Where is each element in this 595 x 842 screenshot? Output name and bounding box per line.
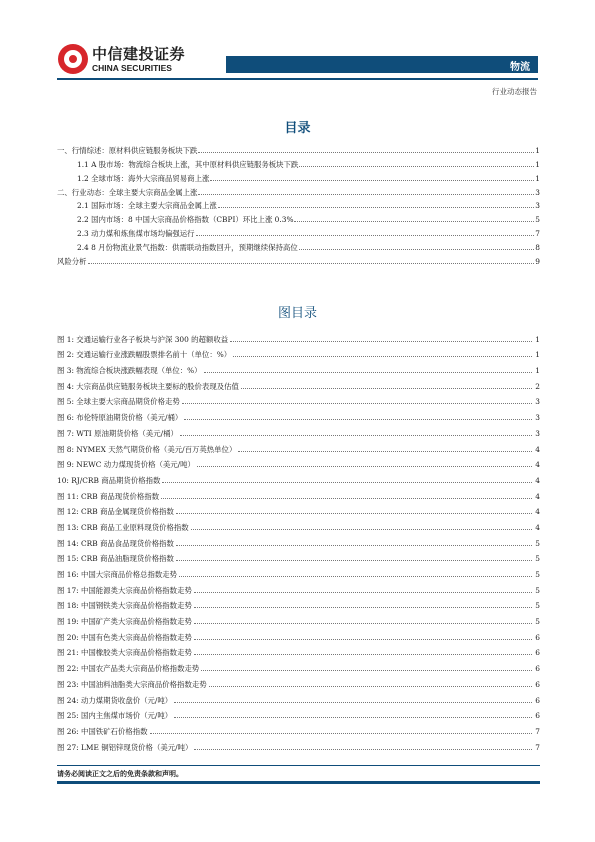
toc-entry[interactable]: 2.3 动力煤和炼焦煤市场均偏强运行7 bbox=[57, 224, 540, 238]
toc-entry-page: 1 bbox=[535, 160, 540, 169]
figure-entry-label: 图 27: LME 铜铝锌现货价格（美元/吨） bbox=[57, 743, 192, 752]
dot-leader bbox=[230, 341, 532, 342]
figure-entry-page: 4 bbox=[535, 445, 540, 454]
figure-entry-page: 1 bbox=[535, 335, 540, 344]
figure-entry-label: 图 12: CRB 商品金属现货价格指数 bbox=[57, 507, 174, 516]
figure-entry[interactable]: 图 9: NEWC 动力煤现货价格（美元/吨）4 bbox=[57, 454, 540, 470]
dot-leader bbox=[299, 166, 534, 167]
figure-entry[interactable]: 图 25: 国内主焦煤市场价（元/吨）6 bbox=[57, 705, 540, 721]
dot-leader bbox=[176, 560, 532, 561]
figure-entry-label: 图 25: 国内主焦煤市场价（元/吨） bbox=[57, 711, 172, 720]
figure-entry-label: 图 15: CRB 商品油脂现货价格指数 bbox=[57, 554, 174, 563]
dot-leader bbox=[299, 249, 534, 250]
figure-entry-label: 图 16: 中国大宗商品价格总指数走势 bbox=[57, 570, 177, 579]
dot-leader bbox=[161, 498, 532, 499]
dot-leader bbox=[194, 607, 532, 608]
figure-entry-label: 图 18: 中国钢铁类大宗商品价格指数走势 bbox=[57, 601, 192, 610]
toc-entry-label: 二、行业动态：全球主要大宗商品金属上涨 bbox=[57, 188, 197, 197]
dot-leader bbox=[176, 545, 532, 546]
figure-entry[interactable]: 图 3: 物流综合板块涨跌幅表现（单位：%）1 bbox=[57, 359, 540, 375]
industry-label: 物流 bbox=[510, 58, 530, 73]
figure-entry[interactable]: 图 19: 中国矿产类大宗商品价格指数走势5 bbox=[57, 610, 540, 626]
figure-entry-label: 图 6: 布伦特原油期货价格（美元/桶） bbox=[57, 413, 182, 422]
figure-entry-label: 图 14: CRB 商品食品现货价格指数 bbox=[57, 539, 174, 548]
toc-entry-page: 5 bbox=[535, 215, 540, 224]
figure-entry-page: 5 bbox=[535, 586, 540, 595]
figure-entry-page: 6 bbox=[535, 696, 540, 705]
figure-entry-label: 图 8: NYMEX 天然气期货价格（美元/百万英热单位） bbox=[57, 445, 236, 454]
toc-entry-page: 9 bbox=[535, 257, 540, 266]
dot-leader bbox=[238, 451, 532, 452]
figure-entry-label: 图 17: 中国能源类大宗商品价格指数走势 bbox=[57, 586, 192, 595]
toc-entry-label: 1.1 A 股市场：物流综合板块上涨，其中原材料供应链服务板块下跌 bbox=[77, 160, 298, 169]
figure-entry[interactable]: 图 17: 中国能源类大宗商品价格指数走势5 bbox=[57, 579, 540, 595]
figure-entry-label: 图 1: 交通运输行业各子板块与沪深 300 的超额收益 bbox=[57, 335, 228, 344]
toc-entry-label: 风险分析 bbox=[57, 257, 87, 266]
dot-leader bbox=[194, 592, 532, 593]
figure-entry-page: 4 bbox=[535, 492, 540, 501]
footer-bar bbox=[57, 781, 540, 784]
dot-leader bbox=[162, 482, 532, 483]
figure-entry[interactable]: 图 27: LME 铜铝锌现货价格（美元/吨）7 bbox=[57, 736, 540, 752]
figure-entry-page: 5 bbox=[535, 570, 540, 579]
toc-entry-label: 2.1 国际市场：全球主要大宗商品金属上涨 bbox=[77, 201, 217, 210]
dot-leader bbox=[174, 717, 532, 718]
toc-entry-page: 1 bbox=[535, 174, 540, 183]
figure-entry-label: 图 24: 动力煤期货收盘价（元/吨） bbox=[57, 696, 172, 705]
figure-entry-label: 图 13: CRB 商品工业原料现货价格指数 bbox=[57, 523, 189, 532]
figure-entry-page: 6 bbox=[535, 711, 540, 720]
dot-leader bbox=[194, 654, 532, 655]
logo-text: 中信建投证券 CHINA SECURITIES bbox=[92, 46, 185, 73]
figure-entry-page: 3 bbox=[535, 397, 540, 406]
figure-entry-page: 6 bbox=[535, 664, 540, 673]
dot-leader bbox=[184, 419, 532, 420]
toc-entry[interactable]: 二、行业动态：全球主要大宗商品金属上涨3 bbox=[57, 183, 540, 197]
figure-entry[interactable]: 图 2: 交通运输行业涨跌幅股票排名前十（单位：%）1 bbox=[57, 344, 540, 360]
figure-entry-page: 4 bbox=[535, 460, 540, 469]
dot-leader bbox=[179, 576, 532, 577]
figure-entry[interactable]: 图 24: 动力煤期货收盘价（元/吨）6 bbox=[57, 689, 540, 705]
figure-entry-page: 1 bbox=[535, 350, 540, 359]
figure-entry-page: 4 bbox=[535, 476, 540, 485]
dot-leader bbox=[194, 623, 532, 624]
dot-leader bbox=[194, 749, 532, 750]
toc-entry[interactable]: 2.4 8 月份物流业景气指数：供需联动指数回升，预期继续保持高位8 bbox=[57, 238, 540, 252]
figure-entry-page: 3 bbox=[535, 413, 540, 422]
dot-leader bbox=[233, 356, 532, 357]
dot-leader bbox=[197, 466, 532, 467]
dot-leader bbox=[204, 372, 532, 373]
dot-leader bbox=[88, 263, 534, 264]
figure-entry-page: 2 bbox=[535, 382, 540, 391]
toc-entry-page: 3 bbox=[535, 201, 540, 210]
toc-entry[interactable]: 风险分析9 bbox=[57, 252, 540, 266]
figure-entry[interactable]: 图 21: 中国橡胶类大宗商品价格指数走势6 bbox=[57, 642, 540, 658]
dot-leader bbox=[174, 702, 532, 703]
figure-entry[interactable]: 图 12: CRB 商品金属现货价格指数4 bbox=[57, 501, 540, 517]
figure-entry-label: 图 19: 中国矿产类大宗商品价格指数走势 bbox=[57, 617, 192, 626]
figure-entry[interactable]: 图 23: 中国油料油脂类大宗商品价格指数走势6 bbox=[57, 673, 540, 689]
figure-entry-page: 5 bbox=[535, 617, 540, 626]
figure-list: 图 1: 交通运输行业各子板块与沪深 300 的超额收益1 图 2: 交通运输行… bbox=[57, 328, 540, 752]
toc-entry[interactable]: 1.2 全球市场：海外大宗商品贸易商上涨1 bbox=[57, 169, 540, 183]
figure-entry[interactable]: 图 7: WTI 原油期货价格（美元/桶）3 bbox=[57, 422, 540, 438]
figure-entry[interactable]: 图 22: 中国农产品类大宗商品价格指数走势6 bbox=[57, 657, 540, 673]
dot-leader bbox=[194, 639, 532, 640]
citic-logo-icon bbox=[58, 44, 88, 74]
figure-entry-page: 7 bbox=[535, 743, 540, 752]
header-divider bbox=[57, 78, 538, 80]
figure-entry-label: 图 3: 物流综合板块涨跌幅表现（单位：%） bbox=[57, 366, 202, 375]
toc-entry-page: 7 bbox=[535, 229, 540, 238]
figure-entry-label: 图 5: 全球主要大宗商品期货价格走势 bbox=[57, 397, 180, 406]
toc-entry-page: 8 bbox=[535, 243, 540, 252]
figure-entry-label: 图 26: 中国铁矿石价格指数 bbox=[57, 727, 148, 736]
figure-entry[interactable]: 图 13: CRB 商品工业原料现货价格指数4 bbox=[57, 516, 540, 532]
figure-entry[interactable]: 图 20: 中国有色类大宗商品价格指数走势6 bbox=[57, 626, 540, 642]
figure-entry[interactable]: 图 5: 全球主要大宗商品期货价格走势3 bbox=[57, 391, 540, 407]
figure-entry[interactable]: 图 11: CRB 商品现货价格指数4 bbox=[57, 485, 540, 501]
dot-leader bbox=[201, 670, 532, 671]
figure-entry-label: 图 11: CRB 商品现货价格指数 bbox=[57, 492, 159, 501]
toc-entry[interactable]: 2.2 国内市场：8 中国大宗商品价格指数（CBPI）环比上涨 0.3%5 bbox=[57, 210, 540, 224]
dot-leader bbox=[210, 180, 534, 181]
figure-entry-page: 5 bbox=[535, 539, 540, 548]
toc-entry[interactable]: 2.1 国际市场：全球主要大宗商品金属上涨3 bbox=[57, 197, 540, 211]
figure-entry-page: 5 bbox=[535, 554, 540, 563]
figure-entry-label: 图 23: 中国油料油脂类大宗商品价格指数走势 bbox=[57, 680, 207, 689]
toc-entry-label: 2.3 动力煤和炼焦煤市场均偏强运行 bbox=[77, 229, 195, 238]
figure-entry[interactable]: 图 1: 交通运输行业各子板块与沪深 300 的超额收益1 bbox=[57, 328, 540, 344]
toc-entry-label: 2.4 8 月份物流业景气指数：供需联动指数回升，预期继续保持高位 bbox=[77, 243, 298, 252]
figure-entry-page: 6 bbox=[535, 680, 540, 689]
figure-entry-label: 图 20: 中国有色类大宗商品价格指数走势 bbox=[57, 633, 192, 642]
figure-entry-label: 图 7: WTI 原油期货价格（美元/桶） bbox=[57, 429, 178, 438]
figure-entry[interactable]: 图 8: NYMEX 天然气期货价格（美元/百万英热单位）4 bbox=[57, 438, 540, 454]
dot-leader bbox=[191, 529, 532, 530]
report-type: 行业动态报告 bbox=[492, 86, 537, 97]
figure-entry-page: 6 bbox=[535, 648, 540, 657]
toc-entry-label: 2.2 国内市场：8 中国大宗商品价格指数（CBPI）环比上涨 0.3% bbox=[77, 215, 293, 224]
figure-entry[interactable]: 图 18: 中国钢铁类大宗商品价格指数走势5 bbox=[57, 595, 540, 611]
toc-entry-label: 一、行情综述：原材料供应链服务板块下跌 bbox=[57, 146, 197, 155]
dot-leader bbox=[218, 207, 534, 208]
figure-entry-page: 1 bbox=[535, 366, 540, 375]
figure-entry-page: 6 bbox=[535, 633, 540, 642]
company-logo: 中信建投证券 CHINA SECURITIES bbox=[58, 42, 188, 76]
figure-entry[interactable]: 图 15: CRB 商品油脂现货价格指数5 bbox=[57, 548, 540, 564]
dot-leader bbox=[198, 152, 534, 153]
figure-entry-page: 7 bbox=[535, 727, 540, 736]
figure-entry[interactable]: 10: RJ/CRB 商品期货价格指数4 bbox=[57, 469, 540, 485]
dot-leader bbox=[241, 388, 532, 389]
dot-leader bbox=[150, 733, 532, 734]
toc-entry-page: 1 bbox=[535, 146, 540, 155]
figure-entry[interactable]: 图 14: CRB 商品食品现货价格指数5 bbox=[57, 532, 540, 548]
figure-entry-page: 4 bbox=[535, 507, 540, 516]
figure-entry-label: 图 4: 大宗商品供应链服务板块主要标的股价表现及估值 bbox=[57, 382, 239, 391]
figure-entry-page: 4 bbox=[535, 523, 540, 532]
dot-leader bbox=[182, 403, 532, 404]
dot-leader bbox=[209, 686, 532, 687]
figure-entry-page: 3 bbox=[535, 429, 540, 438]
figure-entry[interactable]: 图 16: 中国大宗商品价格总指数走势5 bbox=[57, 563, 540, 579]
figure-entry-label: 图 9: NEWC 动力煤现货价格（美元/吨） bbox=[57, 460, 195, 469]
logo-english-name: CHINA SECURITIES bbox=[92, 63, 185, 73]
toc-entry-label: 1.2 全球市场：海外大宗商品贸易商上涨 bbox=[77, 174, 209, 183]
toc-entry[interactable]: 1.1 A 股市场：物流综合板块上涨，其中原材料供应链服务板块下跌1 bbox=[57, 155, 540, 169]
header-band: 物流 bbox=[226, 56, 538, 73]
toc-entry-page: 3 bbox=[535, 188, 540, 197]
logo-chinese-name: 中信建投证券 bbox=[92, 46, 185, 63]
figure-entry-label: 图 21: 中国橡胶类大宗商品价格指数走势 bbox=[57, 648, 192, 657]
figure-entry[interactable]: 图 6: 布伦特原油期货价格（美元/桶）3 bbox=[57, 406, 540, 422]
toc-entry[interactable]: 一、行情综述：原材料供应链服务板块下跌1 bbox=[57, 141, 540, 155]
figure-entry-label: 图 22: 中国农产品类大宗商品价格指数走势 bbox=[57, 664, 199, 673]
figure-entry[interactable]: 图 4: 大宗商品供应链服务板块主要标的股价表现及估值2 bbox=[57, 375, 540, 391]
dot-leader bbox=[294, 221, 534, 222]
dot-leader bbox=[176, 513, 532, 514]
dot-leader bbox=[198, 194, 534, 195]
disclaimer-text: 请务必阅读正文之后的免责条款和声明。 bbox=[57, 769, 183, 779]
figure-entry-page: 5 bbox=[535, 601, 540, 610]
figure-entry[interactable]: 图 26: 中国铁矿石价格指数7 bbox=[57, 720, 540, 736]
table-of-contents: 一、行情综述：原材料供应链服务板块下跌1 1.1 A 股市场：物流综合板块上涨，… bbox=[57, 141, 540, 266]
figure-entry-label: 图 2: 交通运输行业涨跌幅股票排名前十（单位：%） bbox=[57, 350, 231, 359]
toc-title: 目录 bbox=[0, 117, 595, 136]
dot-leader bbox=[180, 435, 532, 436]
figure-list-title: 图目录 bbox=[0, 302, 595, 321]
footer-divider bbox=[57, 765, 540, 766]
dot-leader bbox=[196, 235, 534, 236]
figure-entry-label: 10: RJ/CRB 商品期货价格指数 bbox=[57, 476, 160, 485]
